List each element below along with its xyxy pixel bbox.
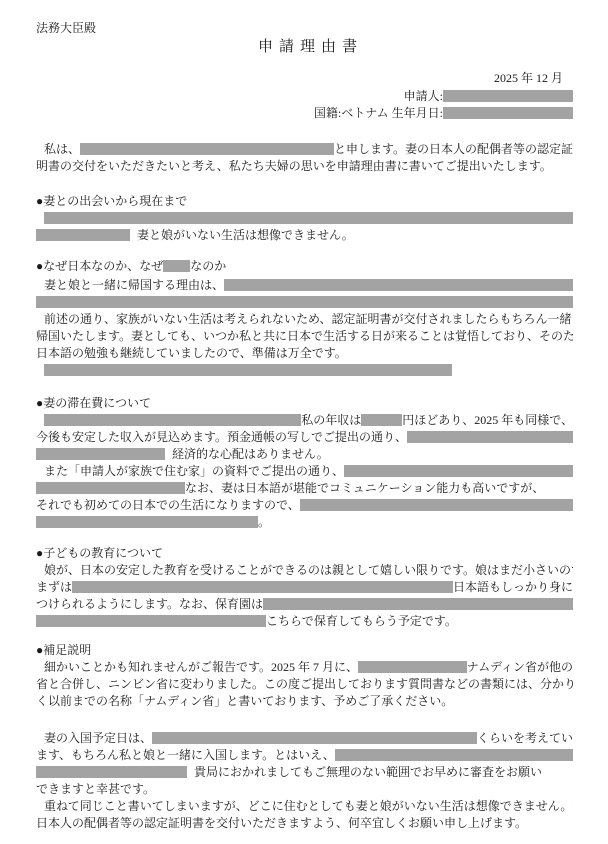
application-reason-document: 法務大臣殿 申請理由書 2025 年 12 月 申請人: 国籍:ベトナム 生年月… — [0, 0, 608, 844]
heading-text: ●子どもの教育について — [36, 544, 163, 561]
supplement-text-2: 省と合併し、ニンビン省に変わりました。この度ご提出しております質問書などの書類に… — [36, 675, 573, 692]
why-japan-para-text-3: 日本語の勉強も継続していましたので、準備は万全です。 — [36, 344, 347, 361]
savings-redaction — [407, 431, 573, 443]
supplement-line-2: 省と合併し、ニンビン省に変わりました。この度ご提出しております質問書などの書類に… — [36, 675, 573, 692]
circumstance-redaction-1 — [335, 749, 573, 761]
section-heading-living-costs: ●妻の滞在費について — [36, 394, 573, 411]
applicant-line: 申請人: — [36, 87, 573, 104]
education-line-4: こちらで保育してもらう予定です。 — [36, 612, 573, 629]
why-japan-para-2: 帰国いたします。妻としても、いつか私と共に日本で生活する日が来ることは覚悟してお… — [36, 327, 573, 344]
meeting-line-1 — [36, 209, 573, 226]
date-line: 2025 年 12 月 — [36, 69, 573, 86]
meeting-text-2: 妻と娘がいない生活は想像できません。 — [137, 226, 354, 243]
why-japan-line-1: 妻と娘と一緒に帰国する理由は、 — [36, 276, 573, 293]
education-line-1: 娘が、日本の安定した教育を受けることができるのは親として嬉しい限りです。娘はまだ… — [36, 561, 573, 578]
housing-redaction — [344, 465, 573, 477]
why-japan-text-1: 妻と娘と一緒に帰国する理由は、 — [44, 276, 224, 293]
support-plan-redaction-2 — [36, 516, 258, 528]
intro-text-2: 明書の交付をいただきたいと考え、私たち夫婦の思いを申請理由書に書いてご提出いたし… — [36, 157, 552, 174]
education-plan-redaction — [72, 581, 453, 593]
income-tail-text: 円ほどあり、2025 年も同様で、 — [402, 411, 573, 428]
document-title-line: 申請理由書 — [36, 34, 573, 56]
section-heading-education: ●子どもの教育について — [36, 544, 573, 561]
heading-text: ●補足説明 — [36, 641, 91, 658]
closing-text-1: 重ねて同じこと書いてしまいますが、どこに住むとしても妻と娘がいない生活は想像でき… — [44, 797, 573, 814]
meeting-story-redaction — [44, 212, 573, 224]
why-japan-line-6 — [36, 361, 573, 378]
meeting-redaction-2 — [36, 229, 130, 241]
living-costs-line-6: それでも初めての日本での生活になりますので、 — [36, 496, 573, 513]
education-line-3: つけられるようにします。なお、保育園は — [36, 595, 573, 612]
living-costs-line-1: 私の年収は 円ほどあり、2025 年も同様で、 — [36, 411, 573, 428]
savings-amount-redaction — [36, 448, 165, 460]
nursery-redaction-1 — [263, 598, 573, 610]
savings-text: 今後も安定した収入が見込めます。預金通帳の写しでご提出の通り、 — [36, 428, 407, 445]
entry-date-text-post: くらいを考えてい — [477, 729, 573, 746]
gratitude-line: できますと幸甚です。 — [36, 780, 573, 797]
entry-date-text-pre: 妻の入国予定日は、 — [44, 729, 152, 746]
entry-together-line: ます、もちろん私と娘と一緒に入国します。とはいえ、 — [36, 746, 573, 763]
review-request-text: 貴局におかれましてもご無理のない範囲でお早めに審査をお願い — [194, 763, 542, 780]
income-amount-redaction — [361, 414, 402, 426]
entry-together-text: ます、もちろん私と娘と一緒に入国します。とはいえ、 — [36, 746, 335, 763]
heading-text: ●妻の滞在費について — [36, 394, 151, 411]
section-heading-supplement: ●補足説明 — [36, 641, 573, 658]
applicant-fullname-redaction — [80, 143, 334, 155]
return-reason-redaction-1 — [224, 279, 573, 291]
circumstance-redaction-2 — [36, 766, 187, 778]
first-life-text: それでも初めての日本での生活になりますので、 — [36, 496, 300, 513]
education-line-2: まずは 日本語もしっかり身に — [36, 578, 573, 595]
gratitude-text: できますと幸甚です。 — [36, 780, 155, 797]
nationality-line: 国籍:ベトナム 生年月日: — [36, 104, 573, 121]
birthdate-redaction — [443, 107, 573, 119]
heading-text-post: なのか — [190, 257, 226, 274]
nursery-redaction-2 — [36, 615, 266, 627]
living-costs-line-2: 今後も安定した収入が見込めます。預金通帳の写しでご提出の通り、 — [36, 428, 573, 445]
support-plan-redaction-1 — [300, 499, 573, 511]
wife-japanese-text: なお、妻は日本語が堪能でコミュニケーション能力も高いですが、 — [185, 479, 544, 496]
living-costs-line-3: 経済的な心配はありません。 — [36, 445, 573, 462]
housing-detail-redaction — [36, 482, 185, 494]
living-costs-line-4: また「申請人が家族で住む家」の資料でご提出の通り、 — [36, 462, 573, 479]
no-financial-worry-text: 経済的な心配はありません。 — [172, 445, 329, 462]
closing-line-1: 重ねて同じこと書いてしまいますが、どこに住むとしても妻と娘がいない生活は想像でき… — [36, 797, 573, 814]
education-text-2-pre: まずは — [36, 578, 72, 595]
date-text: 2025 年 12 月 — [494, 69, 563, 86]
intro-text-post: と申します。妻の日本人の配偶者等の認定証 — [334, 140, 573, 157]
employment-redaction — [44, 414, 301, 426]
why-japan-para-text-2: 帰国いたします。妻としても、いつか私と共に日本で生活する日が来ることは覚悟してお… — [36, 327, 573, 344]
supplement-text-1-post: ナムディン省が他の — [467, 658, 573, 675]
intro-line-2: 明書の交付をいただきたいと考え、私たち夫婦の思いを申請理由書に書いてご提出いたし… — [36, 157, 573, 174]
education-text-2-post: 日本語もしっかり身に — [453, 578, 573, 595]
closing-text-2: 日本人の配偶者等の認定証明書を交付いただきますよう、何卒宜しくお願い申し上げます… — [36, 814, 527, 831]
why-japan-redaction-3 — [44, 364, 452, 376]
heading-text: ●妻との出会いから現在まで — [36, 192, 187, 209]
income-label-text: 私の年収は — [301, 411, 361, 428]
why-japan-para-1: 前述の通り、家族がいない生活は考えられないため、認定証明書が交付されましたらもち… — [36, 310, 573, 327]
section-heading-why-japan: ●なぜ日本なのか、なぜ なのか — [36, 257, 573, 274]
supplement-line-3: く以前までの名称「ナムディン省」と書いております、予めご了承ください。 — [36, 692, 573, 709]
sentence-end-text: 。 — [258, 513, 270, 530]
supplement-line-1: 細かいことかも知れませんがご報告です。2025 年 7 月に、 ナムディン省が他… — [36, 658, 573, 675]
why-japan-para-3: 日本語の勉強も継続していましたので、準備は万全です。 — [36, 344, 573, 361]
intro-line-1: 私は、 と申します。妻の日本人の配偶者等の認定証 — [36, 140, 573, 157]
closing-line-2: 日本人の配偶者等の認定証明書を交付いただきますよう、何卒宜しくお願い申し上げます… — [36, 814, 573, 831]
entry-date-redaction — [152, 732, 477, 744]
why-japan-line-2 — [36, 293, 573, 310]
review-request-line: 貴局におかれましてもご無理のない範囲でお早めに審査をお願い — [36, 763, 573, 780]
heading-text-pre: ●なぜ日本なのか、なぜ — [36, 257, 163, 274]
education-text-1: 娘が、日本の安定した教育を受けることができるのは親として嬉しい限りです。娘はまだ… — [44, 561, 573, 578]
nationality-birth-label: 国籍:ベトナム 生年月日: — [314, 104, 443, 121]
province-redaction — [358, 661, 467, 673]
why-japan-para-text-1: 前述の通り、家族がいない生活は考えられないため、認定証明書が交付されましたらもち… — [44, 310, 573, 327]
page-title: 申請理由書 — [258, 35, 363, 56]
meeting-line-2: 妻と娘がいない生活は想像できません。 — [36, 226, 573, 243]
housing-text: また「申請人が家族で住む家」の資料でご提出の通り、 — [44, 462, 344, 479]
supplement-text-1-pre: 細かいことかも知れませんがご報告です。2025 年 7 月に、 — [44, 658, 358, 675]
nursery-text: つけられるようにします。なお、保育園は — [36, 595, 263, 612]
applicant-name-redaction — [443, 90, 573, 102]
supplement-text-3: く以前までの名称「ナムディン省」と書いております、予めご了承ください。 — [36, 692, 453, 709]
place-name-redaction — [163, 260, 190, 272]
nursery-plan-text: こちらで保育してもらう予定です。 — [266, 612, 457, 629]
section-heading-meeting: ●妻との出会いから現在まで — [36, 192, 573, 209]
entry-date-line: 妻の入国予定日は、 くらいを考えてい — [36, 729, 573, 746]
intro-text-pre: 私は、 — [44, 140, 80, 157]
return-reason-redaction-2 — [36, 296, 573, 308]
applicant-label: 申請人: — [404, 87, 443, 104]
living-costs-line-7: 。 — [36, 513, 573, 530]
living-costs-line-5: なお、妻は日本語が堪能でコミュニケーション能力も高いですが、 — [36, 479, 573, 496]
